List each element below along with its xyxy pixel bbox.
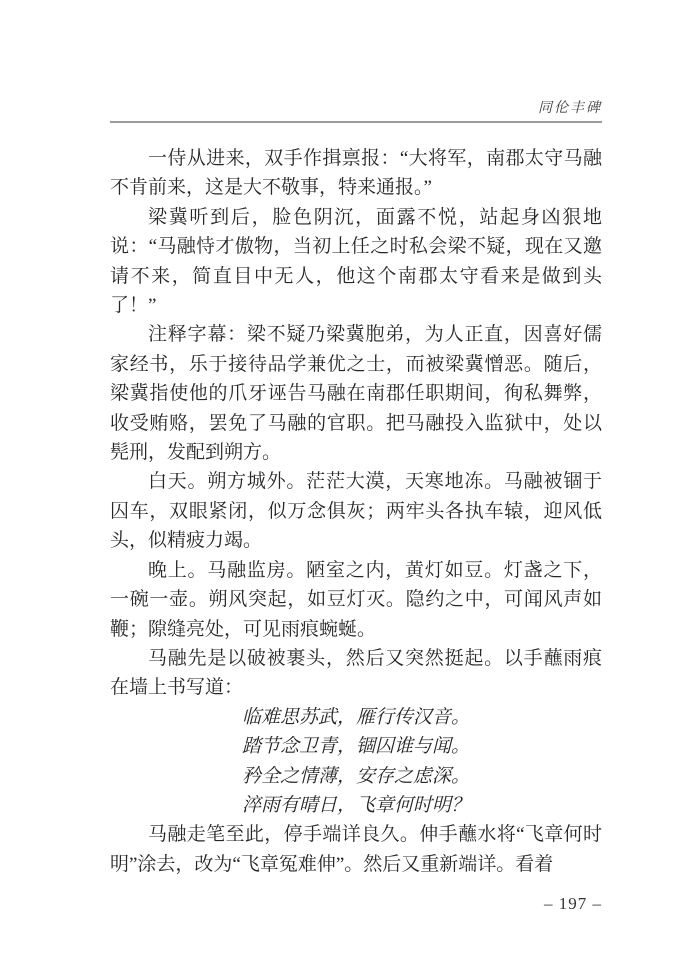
paragraph-4: 白天。朔方城外。茫茫大漠，天寒地冻。马融被锢于囚车，双眼紧闭，似万念俱灰；两牢头… [110, 467, 602, 555]
poem: 临难思苏武，雁行传汉音。 踏节念卫青，锢囚谁与闻。 矜全之情薄，安存之虑深。 淬… [110, 703, 602, 821]
paragraph-7: 马融走笔至此，停手端详良久。伸手蘸水将“飞章何时明”涂去，改为“飞章冤难伸”。然… [110, 820, 602, 879]
running-header: 同伦丰碑 [110, 0, 602, 123]
paragraph-3: 注释字幕：梁不疑乃梁冀胞弟，为人正直，因喜好儒家经书，乐于接待品学兼优之士，而被… [110, 320, 602, 467]
poem-line-4: 淬雨有晴日，飞章何时明？ [110, 791, 602, 820]
poem-line-2: 踏节念卫青，锢囚谁与闻。 [110, 732, 602, 761]
poem-line-1: 临难思苏武，雁行传汉音。 [110, 703, 602, 732]
page-content: 同伦丰碑 一侍从进来，双手作揖禀报：“大将军，南郡太守马融不肯前来，这是大不敬事… [110, 0, 602, 914]
poem-line-3: 矜全之情薄，安存之虑深。 [110, 762, 602, 791]
running-title: 同伦丰碑 [110, 99, 602, 118]
book-page: 同伦丰碑 一侍从进来，双手作揖禀报：“大将军，南郡太守马融不肯前来，这是大不敬事… [0, 0, 692, 968]
page-number: – 197 – [110, 894, 602, 914]
paragraph-1: 一侍从进来，双手作揖禀报：“大将军，南郡太守马融不肯前来，这是大不敬事，特来通报… [110, 144, 602, 203]
paragraph-6: 马融先是以破被裹头，然后又突然挺起。以手蘸雨痕在墙上书写道： [110, 644, 602, 703]
paragraph-2: 梁冀听到后，脸色阴沉，面露不悦，站起身凶狠地说：“马融恃才傲物，当初上任之时私会… [110, 203, 602, 321]
body-text: 一侍从进来，双手作揖禀报：“大将军，南郡太守马融不肯前来，这是大不敬事，特来通报… [110, 144, 602, 879]
paragraph-5: 晚上。马融监房。陋室之内，黄灯如豆。灯盏之下，一碗一壶。朔风突起，如豆灯灭。隐约… [110, 556, 602, 644]
header-rule [110, 121, 602, 123]
